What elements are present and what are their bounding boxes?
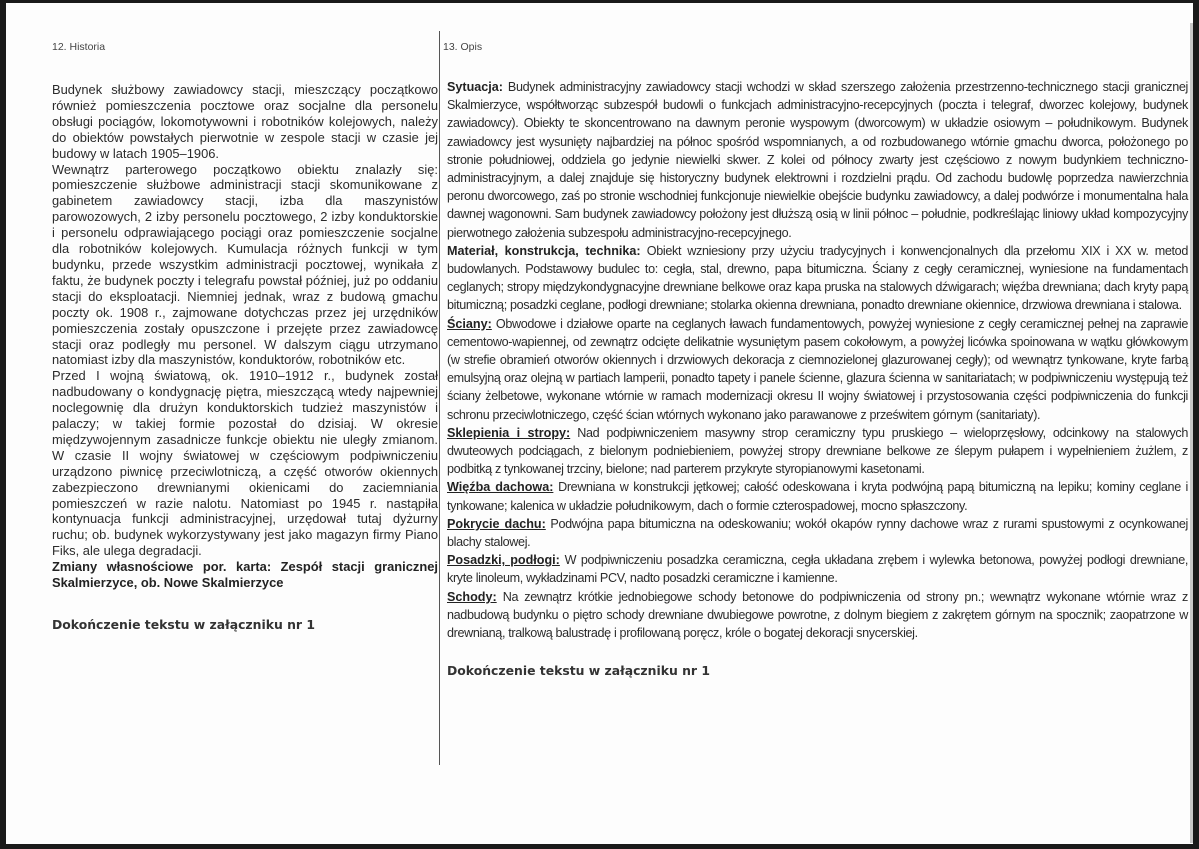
description-section-stairs: Schody: Na zewnątrz krótkie jednobiegowe… (447, 588, 1188, 643)
column-divider (439, 31, 440, 765)
section-label: Posadzki, podłogi: (447, 553, 560, 567)
section-label: Materiał, konstrukcja, technika: (447, 244, 641, 258)
ownership-note: Zmiany własnościowe por. karta: Zespół s… (52, 559, 438, 591)
description-text: Sytuacja: Budynek administracyjny zawiad… (447, 78, 1188, 681)
section-label: Więźba dachowa: (447, 480, 553, 494)
history-column: 12. Historia Budynek służbowy zawiadowcy… (52, 3, 438, 844)
scanned-document-page: 12. Historia Budynek służbowy zawiadowcy… (6, 3, 1193, 844)
description-section-floors: Posadzki, podłogi: W podpiwniczeniu posa… (447, 551, 1188, 587)
description-section-walls: Ściany: Obwodowe i działowe oparte na ce… (447, 315, 1188, 424)
section-label: Pokrycie dachu: (447, 517, 546, 531)
description-section-roof-truss: Więźba dachowa: Drewniana w konstrukcji … (447, 478, 1188, 514)
description-section-material: Materiał, konstrukcja, technika: Obiekt … (447, 242, 1188, 315)
description-column: 13. Opis Sytuacja: Budynek administracyj… (447, 3, 1188, 844)
description-section-situation: Sytuacja: Budynek administracyjny zawiad… (447, 78, 1188, 242)
section-label: Ściany: (447, 317, 492, 331)
continuation-note: Dokończenie tekstu w załączniku nr 1 (447, 662, 1188, 680)
section-label: Sytuacja: (447, 80, 503, 94)
description-section-roofing: Pokrycie dachu: Podwójna papa bitumiczna… (447, 515, 1188, 551)
section-text: Budynek administracyjny zawiadowcy stacj… (447, 80, 1188, 240)
continuation-note: Dokończenie tekstu w załączniku nr 1 (52, 617, 438, 633)
section-text: Obwodowe i działowe oparte na ceglanych … (447, 317, 1188, 422)
description-section-vaults: Sklepienia i stropy: Nad podpiwniczeniem… (447, 424, 1188, 479)
section-label: Schody: (447, 590, 497, 604)
section-text: Na zewnątrz krótkie jednobiegowe schody … (447, 590, 1188, 640)
history-paragraph: Wewnątrz parterowego początkowo obiektu … (52, 162, 438, 369)
page-edge (1190, 23, 1193, 843)
history-paragraph: Budynek służbowy zawiadowcy stacji, mies… (52, 82, 438, 162)
section-label: Sklepienia i stropy: (447, 426, 570, 440)
section-text: Podwójna papa bitumiczna na odeskowaniu;… (447, 517, 1188, 549)
section-text: Drewniana w konstrukcji jętkowej; całość… (447, 480, 1188, 512)
section-heading-history: 12. Historia (52, 41, 105, 53)
history-paragraph: Przed I wojną światową, ok. 1910–1912 r.… (52, 368, 438, 559)
history-text: Budynek służbowy zawiadowcy stacji, mies… (52, 82, 438, 633)
section-heading-description: 13. Opis (443, 41, 482, 53)
